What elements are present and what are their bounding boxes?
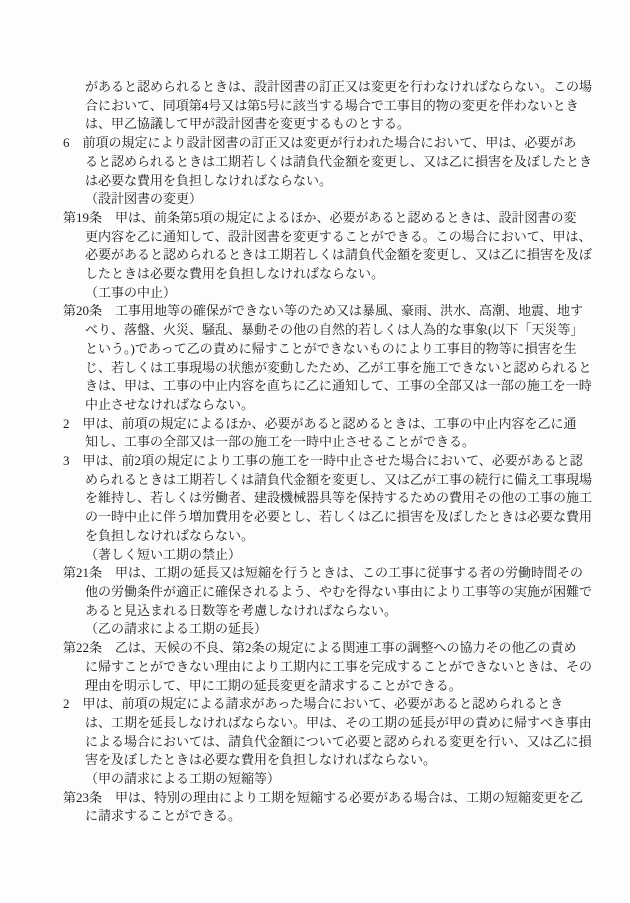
text-line: を負担しなければならない。: [85, 527, 630, 546]
text-line: 第19条 甲は、前条第5項の規定によるほか、必要があると認めるときは、設計図書の…: [63, 209, 630, 228]
text-line: 害を及ぼしたときは必要な費用を負担しなければならない。: [85, 751, 630, 770]
text-line: 第20条 工事用地等の確保ができない等のため又は暴風、豪雨、洪水、高潮、地震、地…: [63, 302, 630, 321]
text-line: は必要な費用を負担しなければならない。: [85, 172, 630, 191]
text-line: （著しく短い工期の禁止）: [85, 546, 630, 565]
text-line: （乙の請求による工期の延長）: [85, 620, 630, 639]
text-line: 合において、同項第4号又は第5号に該当する場合で工事目的物の変更を伴わないとき: [85, 97, 630, 116]
text-line: は、工期を延長しなければならない。甲は、その工期の延長が甲の責めに帰すべき事由: [85, 714, 630, 733]
text-line: 中止させなければならない。: [85, 396, 630, 415]
text-line: を維持し、若しくは労働者、建設機械器具等を保持するための費用その他の工事の施工: [85, 489, 630, 508]
text-line: 理由を明示して、甲に工期の延長変更を請求することができる。: [85, 677, 630, 696]
text-line: 3 甲は、前2項の規定により工事の施工を一時中止させた場合において、必要があると…: [63, 452, 630, 471]
text-line: 第22条 乙は、天候の不良、第2条の規定による関連工事の調整への協力その他乙の責…: [63, 639, 630, 658]
text-line: という。)であって乙の責めに帰すことができないものにより工事目的物等に損害を生: [85, 340, 630, 359]
text-line: められるときは工期若しくは請負代金額を変更し、又は乙が工事の続行に備え工事現場: [85, 471, 630, 490]
text-line: 必要があると認められるときは工期若しくは請負代金額を変更し、又は乙に損害を及ぼ: [85, 246, 630, 265]
text-line: 6 前項の規定により設計図書の訂正又は変更が行われた場合において、甲は、必要があ: [63, 134, 630, 153]
contract-text-block: があると認められるときは、設計図書の訂正又は変更を行わなければならない。この場合…: [0, 0, 630, 826]
text-line: （工事の中止）: [85, 284, 630, 303]
text-line: による場合においては、請負代金額について必要と認められる変更を行い、又は乙に損: [85, 733, 630, 752]
text-line: 更内容を乙に通知して、設計図書を変更することができる。この場合において、甲は、: [85, 228, 630, 247]
text-line: があると認められるときは、設計図書の訂正又は変更を行わなければならない。この場: [85, 78, 630, 97]
text-line: じ、若しくは工事現場の状態が変動したため、乙が工事を施工できないと認められると: [85, 359, 630, 378]
text-line: 第23条 甲は、特別の理由により工期を短縮する必要がある場合は、工期の短縮変更を…: [63, 789, 630, 808]
text-line: あると見込まれる日数等を考慮しなければならない。: [85, 602, 630, 621]
text-line: 知し、工事の全部又は一部の施工を一時中止させることができる。: [85, 433, 630, 452]
text-line: べり、落盤、火災、騒乱、暴動その他の自然的若しくは人為的な事象(以下「天災等」: [85, 321, 630, 340]
text-line: の一時中止に伴う増加費用を必要とし、若しくは乙に損害を及ぼしたときは必要な費用: [85, 508, 630, 527]
text-line: は、甲乙協議して甲が設計図書を変更するものとする。: [85, 115, 630, 134]
text-line: （甲の請求による工期の短縮等）: [85, 770, 630, 789]
text-line: に請求することができる。: [85, 807, 630, 826]
text-line: 他の労働条件が適正に確保されるよう、やむを得ない事由により工事等の実施が困難で: [85, 583, 630, 602]
text-line: したときは必要な費用を負担しなければならない。: [85, 265, 630, 284]
text-line: きは、甲は、工事の中止内容を直ちに乙に通知して、工事の全部又は一部の施工を一時: [85, 377, 630, 396]
text-line: ると認められるときは工期若しくは請負代金額を変更し、又は乙に損害を及ぼしたとき: [85, 153, 630, 172]
text-line: 第21条 甲は、工期の延長又は短縮を行うときは、この工事に従事する者の労働時間そ…: [63, 564, 630, 583]
document-page: があると認められるときは、設計図書の訂正又は変更を行わなければならない。この場合…: [0, 0, 630, 903]
text-line: に帰すことができない理由により工期内に工事を完成することができないときは、その: [85, 658, 630, 677]
text-line: 2 甲は、前項の規定による請求があった場合において、必要があると認められるとき: [63, 695, 630, 714]
text-line: （設計図書の変更）: [85, 190, 630, 209]
text-line: 2 甲は、前項の規定によるほか、必要があると認めるときは、工事の中止内容を乙に通: [63, 415, 630, 434]
